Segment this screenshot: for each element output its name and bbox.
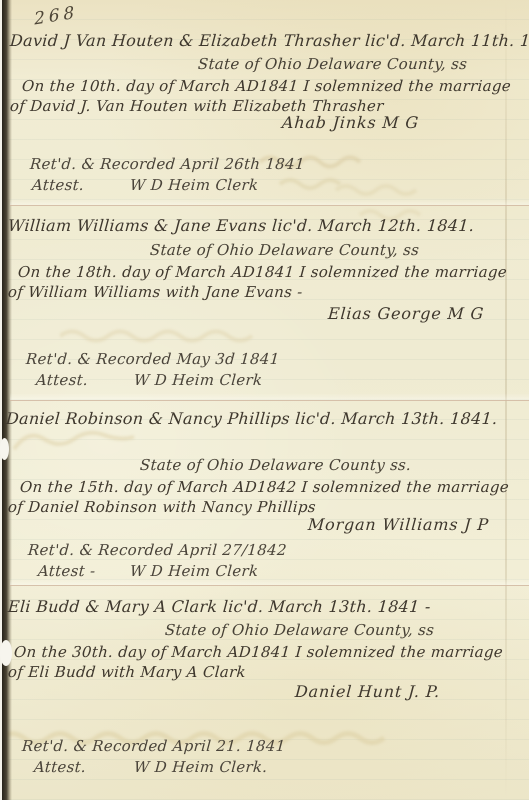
ink-bleed-through: [60, 322, 300, 350]
entry-heading: Eli Budd & Mary A Clark lic'd. March 13t…: [7, 597, 431, 616]
entry-body-line: of William Williams with Jane Evans -: [7, 283, 303, 301]
entry-body-line: On the 30th. day of March AD1841 I solem…: [13, 643, 503, 661]
clerk-signature: W D Heim Clerk: [133, 371, 263, 389]
attest-label: Attest.: [31, 176, 84, 194]
entry-body-line: of Daniel Robinson with Nancy Phillips: [7, 498, 316, 516]
entry-heading: William Williams & Jane Evans lic'd. Mar…: [7, 216, 475, 235]
entry-body-line: of Eli Budd with Mary A Clark: [7, 663, 246, 681]
officiant-signature: Daniel Hunt J. P.: [294, 682, 440, 701]
clerk-signature: W D Heim Clerk.: [133, 758, 268, 776]
page-number: 268: [34, 2, 79, 29]
entry-state-line: State of Ohio Delaware County, ss: [164, 621, 435, 639]
entry-heading: Daniel Robinson & Nancy Phillips lic'd. …: [5, 409, 498, 428]
ink-bleed-through: [10, 425, 140, 459]
attest-label: Attest.: [33, 758, 86, 776]
attest-label: Attest.: [35, 371, 88, 389]
separator-rule: [10, 205, 529, 206]
officiant-signature: Ahab Jinks M G: [281, 113, 419, 132]
ledger-page: 268 David J Van Houten & Elizabeth Thras…: [0, 0, 529, 800]
recorded-line: Ret'd. & Recorded May 3d 1841: [25, 350, 280, 368]
entry-state-line: State of Ohio Delaware County, ss: [197, 55, 468, 73]
entry-body-line: On the 15th. day of March AD1842 I solem…: [19, 478, 509, 496]
entry-body-line: On the 18th. day of March AD1841 I solem…: [17, 263, 507, 281]
officiant-signature: Elias George M G: [327, 304, 484, 323]
recorded-line: Ret'd. & Recorded April 27/1842: [27, 541, 287, 559]
officiant-signature: Morgan Williams J P: [307, 515, 489, 534]
separator-rule: [10, 585, 529, 586]
edge-tear-spot: [0, 438, 9, 460]
entry-state-line: State of Ohio Delaware County, ss: [149, 241, 420, 259]
clerk-signature: W D Heim Clerk: [129, 562, 259, 580]
recorded-line: Ret'd. & Recorded April 21. 1841: [21, 737, 286, 755]
entry-heading: David J Van Houten & Elizabeth Thrasher …: [9, 31, 529, 50]
clerk-signature: W D Heim Clerk: [129, 176, 259, 194]
recorded-line: Ret'd. & Recorded April 26th 1841: [29, 155, 305, 173]
attest-label: Attest -: [37, 562, 96, 580]
entry-body-line: On the 10th. day of March AD1841 I solem…: [21, 77, 511, 95]
entry-state-line: State of Ohio Delaware County ss.: [139, 456, 411, 474]
separator-rule: [10, 400, 529, 401]
